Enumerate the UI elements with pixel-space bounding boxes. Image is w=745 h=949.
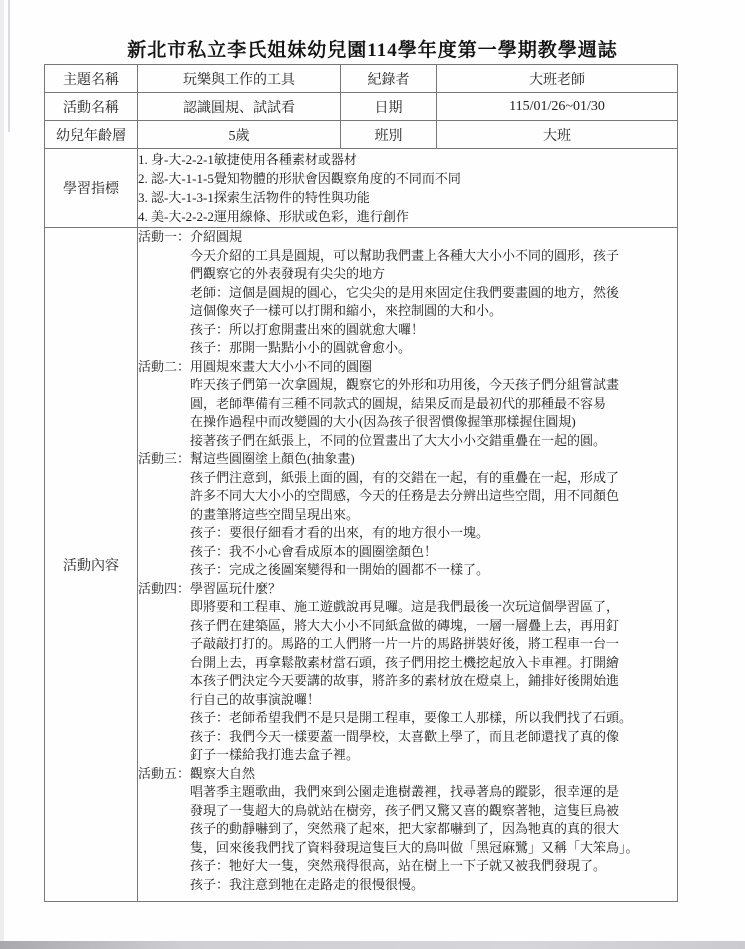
activity-line: 孩子：要很仔細看才看的出來，有的地方很小一塊。 [138,524,677,543]
activity-heading: 活動一：介紹圓規 [138,228,677,247]
activity-line: 今天介紹的工具是圓規，可以幫助我們畫上各種大大小小不同的圓形，孩子 [138,247,677,266]
table-row: 活動名稱 認識圓規、試試看 日期 115/01/26~01/30 [45,93,678,121]
table-row: 主題名稱 玩樂與工作的工具 紀錄者 大班老師 [45,65,678,93]
indicators-content: 1. 身-大-2-2-1敏捷使用各種素材或器材2. 認-大-1-1-5覺知物體的… [138,149,678,228]
indicator-line: 1. 身-大-2-2-1敏捷使用各種素材或器材 [138,150,677,169]
activity-line: 在操作過程中而改變圓的大小(因為孩子很習慣像握筆那樣握住圓規) [138,413,677,432]
table-row-activities: 活動內容 活動一：介紹圓規今天介紹的工具是圓規，可以幫助我們畫上各種大大小小不同… [45,228,678,902]
activities-content: 活動一：介紹圓規今天介紹的工具是圓規，可以幫助我們畫上各種大大小小不同的圓形，孩… [138,228,678,902]
weekly-journal-table: 主題名稱 玩樂與工作的工具 紀錄者 大班老師 活動名稱 認識圓規、試試看 日期 … [44,64,678,902]
row-value-2: 大班 [437,121,678,149]
activity-line: 的畫筆將這些空間呈現出來。 [138,506,677,525]
row-value-2: 大班老師 [437,65,678,93]
row-value: 玩樂與工作的工具 [138,65,341,93]
document-page: 新北市私立李氏姐妹幼兒園114學年度第一學期教學週誌 主題名稱 玩樂與工作的工具… [0,0,745,949]
info-rows: 主題名稱 玩樂與工作的工具 紀錄者 大班老師 活動名稱 認識圓規、試試看 日期 … [45,65,678,149]
activity-line: 台開上去，再拿鬆散素材當石頭，孩子們用挖土機挖起放入卡車裡。打開繪 [138,654,677,673]
row-label-2: 日期 [341,93,437,121]
row-value: 5歲 [138,121,341,149]
activity-line: 孩子：完成之後圖案變得和一開始的圓都不一樣了。 [138,561,677,580]
activity-line: 接著孩子們在紙張上，不同的位置畫出了大大小小交錯重疊在一起的圓。 [138,432,677,451]
activity-line: 孩子們在建築區，將大大小小不同紙盒做的磚塊，一層一層疊上去，再用釘 [138,617,677,636]
activity-line: 發現了一隻超大的鳥就站在樹旁，孩子們又驚又喜的觀察著牠，這隻巨鳥被 [138,802,677,821]
activity-line: 子敲敲打打的。馬路的工人們將一片一片的馬路拼裝好後，將工程車一台一 [138,635,677,654]
table-row-indicators: 學習指標 1. 身-大-2-2-1敏捷使用各種素材或器材2. 認-大-1-1-5… [45,149,678,228]
scan-artifact-left-strip [0,0,4,949]
activity-line: 即將要和工程車、施工遊戲說再見囉。這是我們最後一次玩這個學習區了， [138,598,677,617]
activity-line: 孩子：我注意到牠在走路走的很慢很慢。 [138,876,677,895]
activity-line: 隻，回來後我們找了資料發現這隻巨大的鳥叫做「黑冠麻鷺」又稱「大笨鳥」。 [138,839,677,858]
activity-line: 昨天孩子們第一次拿圓規，觀察它的外形和功用後，今天孩子們分組嘗試畫 [138,376,677,395]
row-label-2: 班別 [341,121,437,149]
indicator-line: 4. 美-大-2-2-2運用線條、形狀或色彩，進行創作 [138,207,677,226]
scan-artifact-left-line [8,0,10,132]
activity-line: 本孩子們決定今天要講的故事，將許多的素材放在燈桌上，鋪排好後開始進 [138,672,677,691]
activity-line: 們觀察它的外表發現有尖尖的地方 [138,265,677,284]
indicator-line: 2. 認-大-1-1-5覺知物體的形狀會因觀察角度的不同而不同 [138,169,677,188]
activity-line: 唱著季主題歌曲，我們來到公園走進樹叢裡，找尋著鳥的蹤影，很幸運的是 [138,783,677,802]
activity-line: 老師：這個是圓規的圓心，它尖尖的是用來固定住我們要畫圓的地方，然後 [138,284,677,303]
activity-line: 這個像夾子一樣可以打開和縮小，來控制圓的大和小。 [138,302,677,321]
activity-heading: 活動二：用圓規來畫大大小小不同的圓圈 [138,358,677,377]
row-label-2: 紀錄者 [341,65,437,93]
row-label: 幼兒年齡層 [45,121,138,149]
page-title: 新北市私立李氏姐妹幼兒園114學年度第一學期教學週誌 [0,35,745,62]
activity-line: 孩子：老師希望我們不是只是開工程車，要像工人那樣，所以我們找了石頭。 [138,709,677,728]
row-label: 主題名稱 [45,65,138,93]
activity-line: 孩子：牠好大一隻，突然飛得很高，站在樹上一下子就又被我們發現了。 [138,857,677,876]
activity-line: 孩子：我不小心會看成原本的圓圈塗顏色！ [138,543,677,562]
activity-line: 孩子：所以打愈開畫出來的圓就愈大囉！ [138,321,677,340]
activity-line: 孩子：那開一點點小小的圓就會愈小。 [138,339,677,358]
activity-heading: 活動四：學習區玩什麼？ [138,580,677,599]
activity-line: 孩子的動靜嚇到了，突然飛了起來，把大家都嚇到了，因為牠真的真的很大 [138,820,677,839]
activity-line: 孩子：我們今天一樣要蓋一間學校，太喜歡上學了，而且老師還找了真的像 [138,728,677,747]
activities-label: 活動內容 [45,228,138,902]
activity-heading: 活動五：觀察大自然 [138,765,677,784]
row-value-2: 115/01/26~01/30 [437,93,678,121]
activity-line: 孩子們注意到，紙張上面的圓，有的交錯在一起，有的重疊在一起，形成了 [138,469,677,488]
activity-line: 圓，老師準備有三種不同款式的圓規，結果反而是最初代的那種最不容易 [138,395,677,414]
activity-line: 釘子一樣給我打進去盒子裡。 [138,746,677,765]
row-value: 認識圓規、試試看 [138,93,341,121]
activity-line: 許多不同大大小小的空間感，今天的任務是去分辨出這些空間，用不同顏色 [138,487,677,506]
row-label: 活動名稱 [45,93,138,121]
activity-heading: 活動三：幫這些圓圈塗上顏色(抽象畫) [138,450,677,469]
activity-line: 行自己的故事演說囉！ [138,691,677,710]
indicators-label: 學習指標 [45,149,138,228]
table-row: 幼兒年齡層 5歲 班別 大班 [45,121,678,149]
indicator-line: 3. 認-大-1-3-1探索生活物件的特性與功能 [138,188,677,207]
scan-artifact-bottom-band [0,941,745,949]
